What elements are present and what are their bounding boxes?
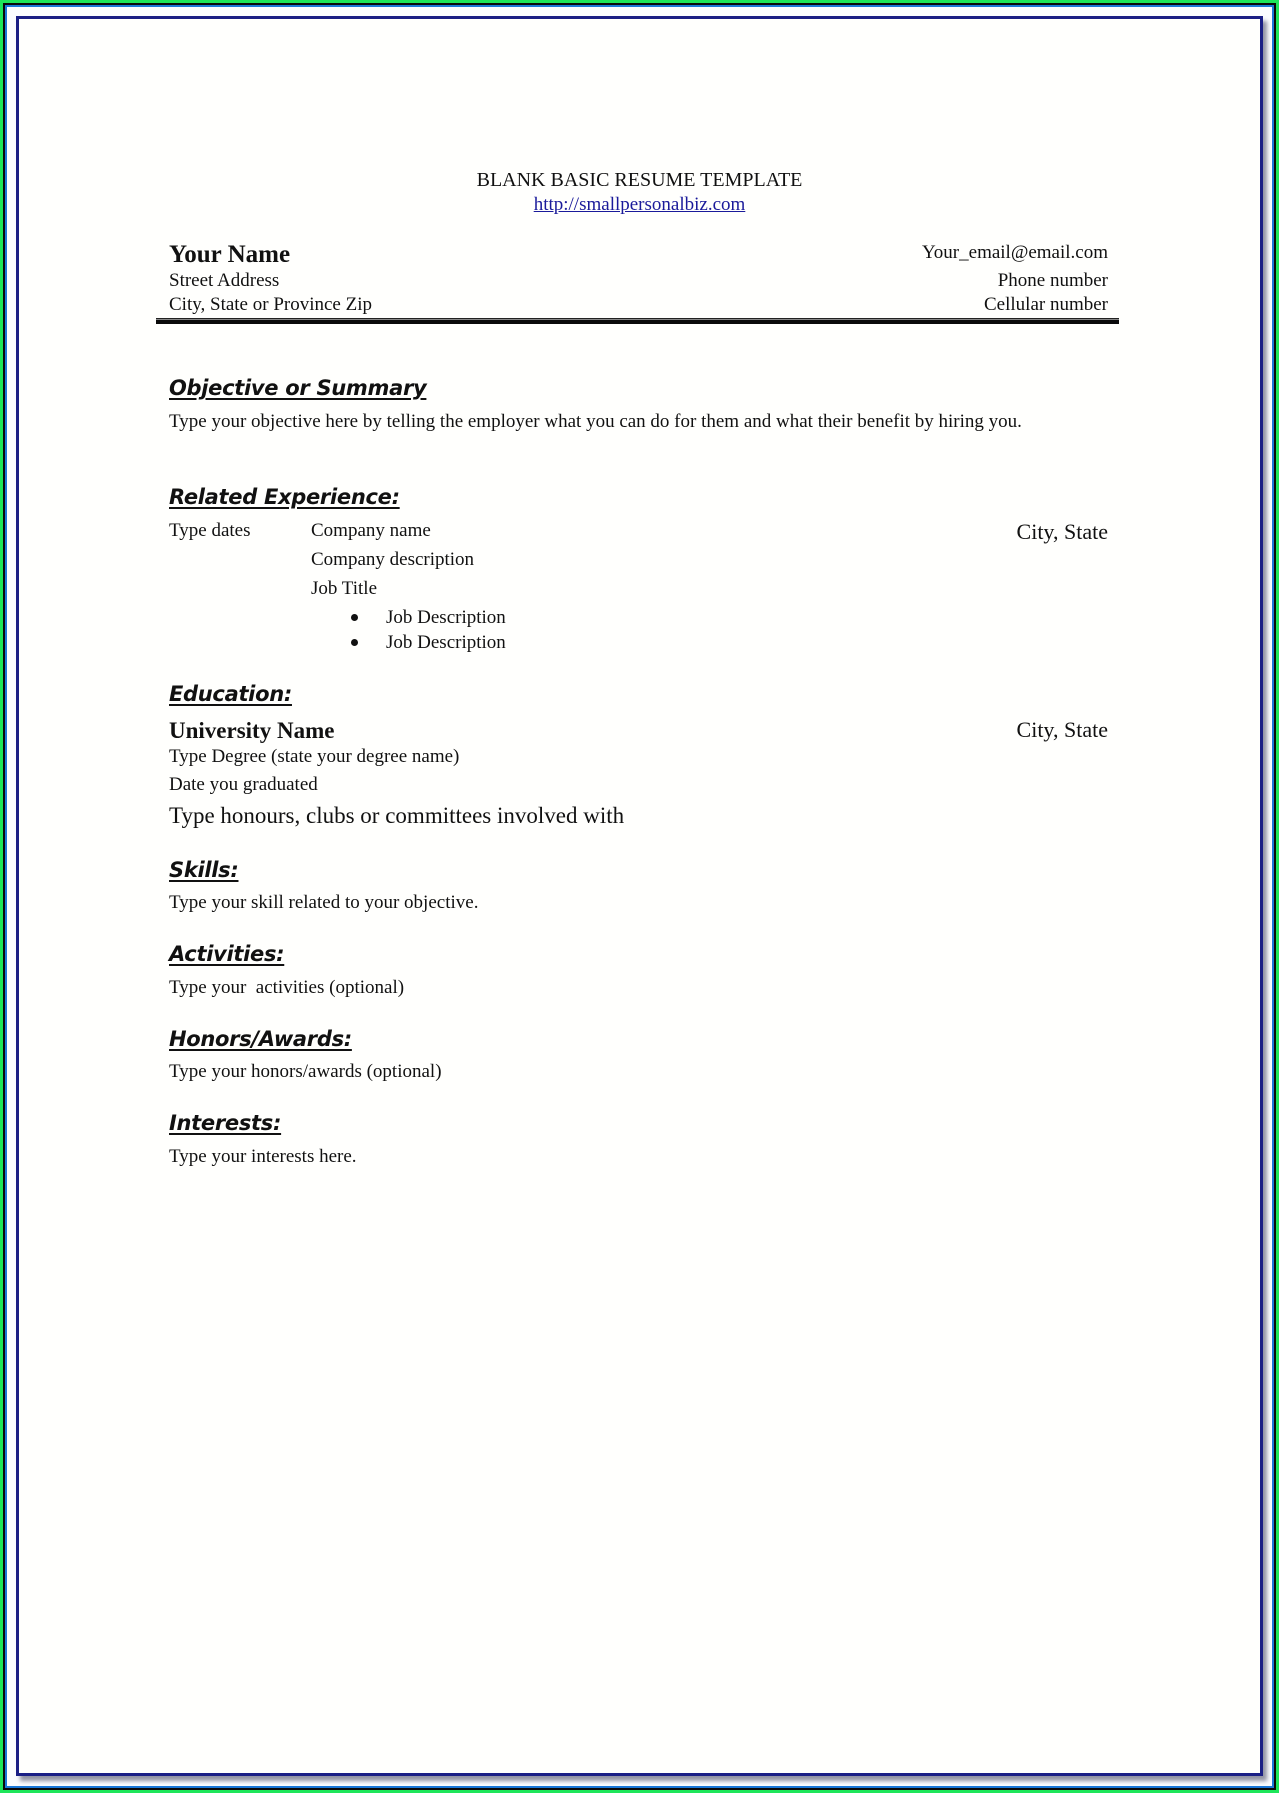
document-title: BLANK BASIC RESUME TEMPLATE: [0, 170, 1279, 190]
university-name: University Name: [169, 719, 334, 742]
heading-skills: Skills:: [169, 860, 238, 881]
activities-text: Type your activities (optional): [169, 978, 404, 997]
street-address: Street Address: [169, 271, 279, 290]
heading-experience: Related Experience:: [169, 487, 400, 508]
bullet-icon: [351, 639, 358, 646]
heading-honors-awards: Honors/Awards:: [169, 1029, 352, 1050]
cellular-number: Cellular number: [984, 295, 1108, 314]
job-description-item: Job Description: [386, 633, 506, 652]
city-state-zip: City, State or Province Zip: [169, 295, 372, 314]
source-link[interactable]: http://smallpersonalbiz.com: [0, 195, 1279, 214]
job-title: Job Title: [311, 579, 377, 598]
skills-text: Type your skill related to your objectiv…: [169, 893, 478, 912]
graduation-date: Date you graduated: [169, 775, 318, 794]
heading-activities: Activities:: [169, 944, 284, 965]
degree: Type Degree (state your degree name): [169, 747, 459, 766]
experience-dates: Type dates: [169, 521, 251, 540]
honours-clubs: Type honours, clubs or committees involv…: [169, 804, 624, 827]
experience-location: City, State: [1017, 521, 1108, 543]
honors-awards-text: Type your honors/awards (optional): [169, 1062, 442, 1081]
interests-text: Type your interests here.: [169, 1147, 357, 1166]
phone-number: Phone number: [998, 271, 1108, 290]
your-name: Your Name: [169, 242, 290, 267]
header-rule-thick: [156, 320, 1119, 324]
heading-objective: Objective or Summary: [169, 378, 426, 399]
heading-education: Education:: [169, 684, 292, 705]
company-description: Company description: [311, 550, 474, 569]
job-description-item: Job Description: [386, 608, 506, 627]
email: Your_email@email.com: [922, 243, 1108, 262]
bullet-icon: [351, 614, 358, 621]
company-name: Company name: [311, 521, 431, 540]
objective-text: Type your objective here by telling the …: [169, 412, 1022, 431]
heading-interests: Interests:: [169, 1113, 281, 1134]
education-location: City, State: [1017, 719, 1108, 741]
